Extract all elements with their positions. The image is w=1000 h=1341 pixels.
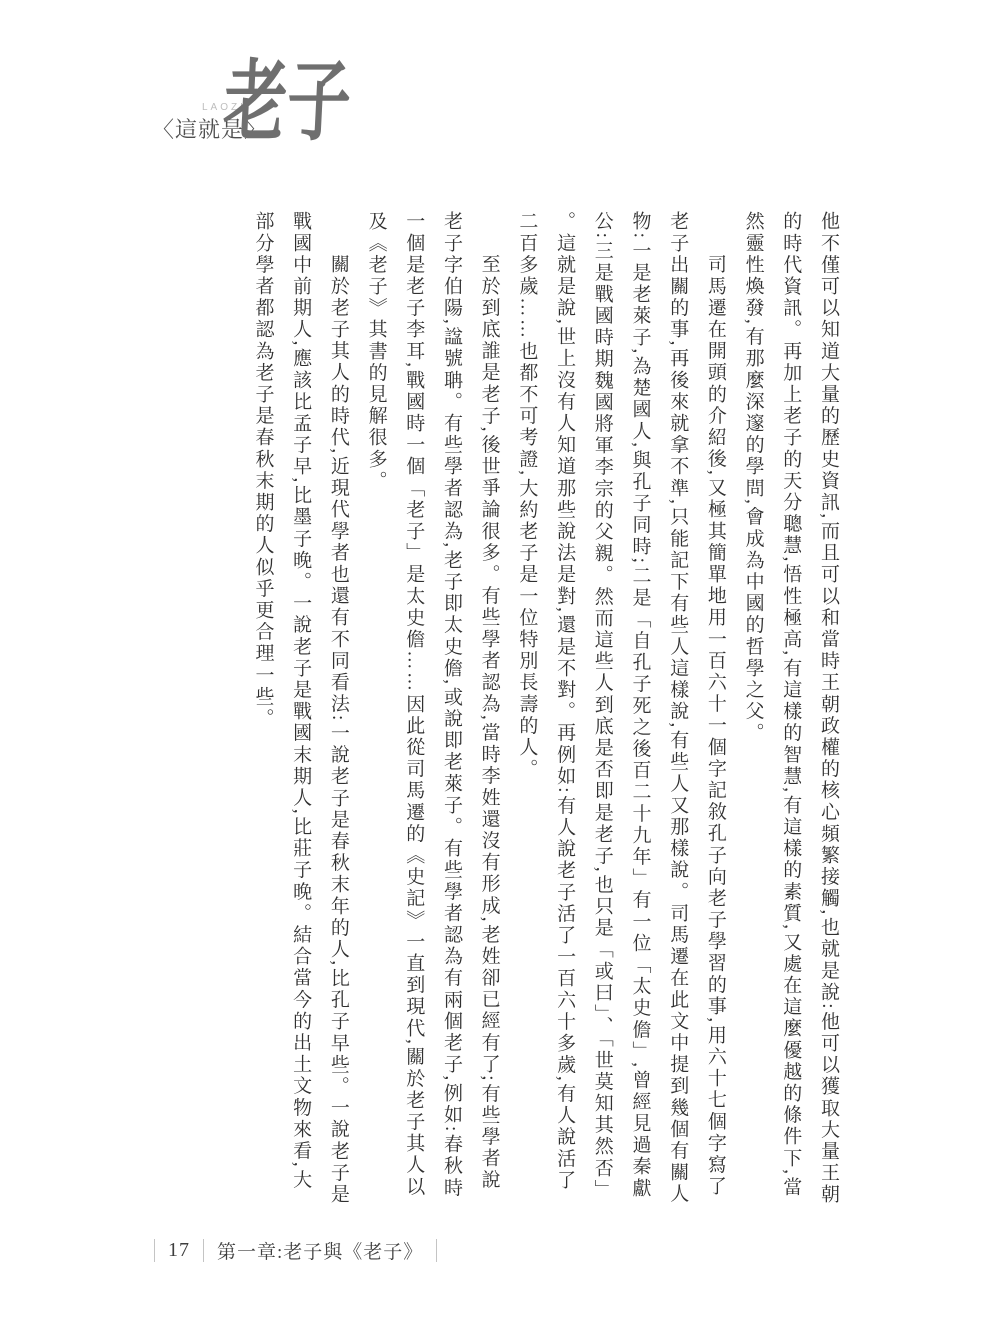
footer-pagination: 17 第一章:老子與《老子》 (154, 1236, 437, 1264)
paragraph-2: 司馬遷在開頭的介紹後,又極其簡單地用一百六十一個字記敘孔子向老子學習的事,用六十… (508, 211, 734, 1207)
paragraph-1: 他不僅可以知道大量的歷史資訊,而且可以和當時王朝政權的核心頻繁接觸,也就是說:他… (734, 211, 847, 1207)
page-number: 17 (168, 1239, 190, 1262)
brand-title-calligraphy: 老子 (222, 60, 353, 148)
main-text-block: 他不僅可以知道大量的歷史資訊,而且可以和當時王朝政權的核心頻繁接觸,也就是說:他… (235, 211, 847, 1207)
footer-separator (203, 1239, 204, 1262)
footer-separator (154, 1239, 155, 1262)
paragraph-3: 至於到底誰是老子,後世爭論很多。有些學者認為,當時李姓還沒有形成,老姓卻已經有了… (357, 211, 508, 1207)
brand-logo: LAOZI 〈這就是〉 老子 (152, 58, 422, 188)
footer-separator (436, 1239, 437, 1262)
paragraph-4: 關於老子其人的時代,近現代學者也還有不同看法:一說老子是春秋末年的人,比孔子早些… (244, 211, 357, 1207)
book-page: LAOZI 〈這就是〉 老子 他不僅可以知道大量的歷史資訊,而且可以和當時王朝政… (0, 0, 1000, 1341)
chapter-title: 第一章:老子與《老子》 (217, 1237, 423, 1264)
